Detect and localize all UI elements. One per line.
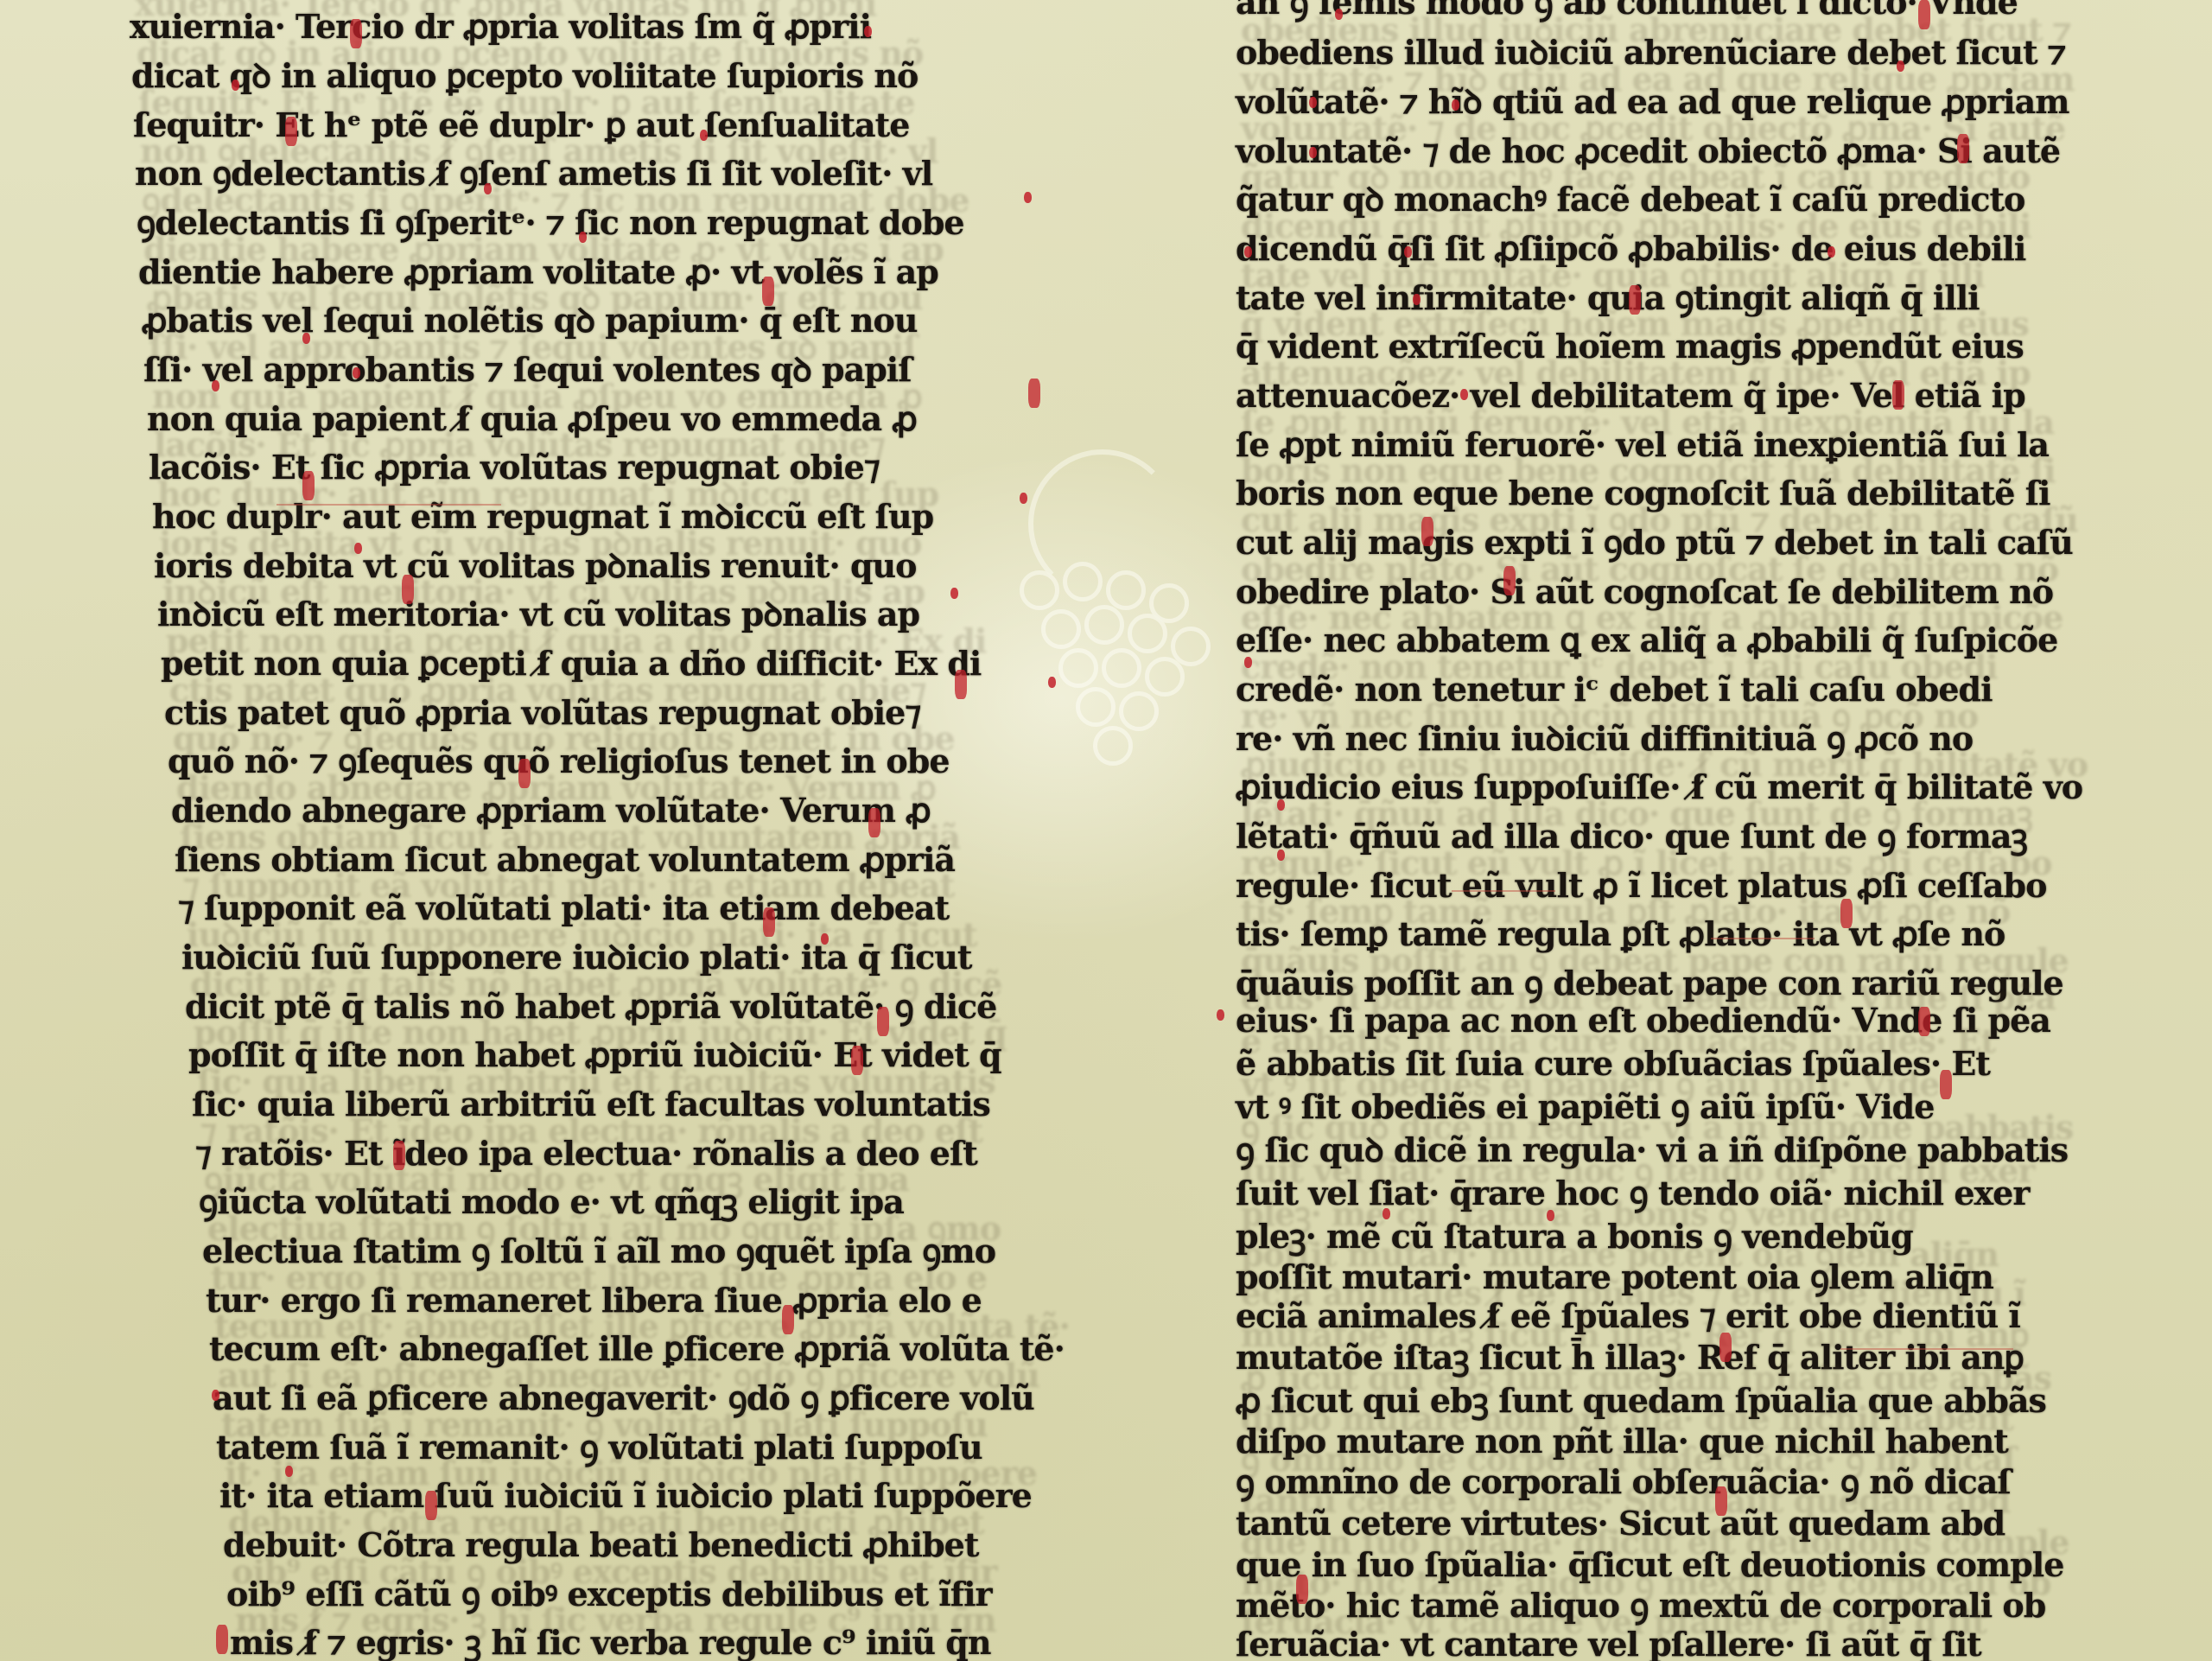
- rubric-mark: [1897, 60, 1904, 72]
- rubric-mark: [1244, 246, 1252, 258]
- rubric-mark: [1827, 246, 1835, 258]
- text-line: ꝯiũcta volũtati modo e· vt qñqꝫ eligit i…: [199, 1182, 904, 1222]
- text-line: regule· ſicut eũ vult ꝓ ĩ licet platus ꝓ…: [1236, 866, 2046, 906]
- rubric-capital-mark: [782, 1305, 794, 1334]
- text-line: ſſi· vel approbantis ⁊ ſequi volentes qꝺ…: [143, 350, 912, 390]
- rubric-underline: [276, 504, 501, 506]
- rubric-capital-mark: [425, 1491, 437, 1520]
- text-line: it· ita etiam ſuũ iuꝺiciũ ĩ iuꝺicio plat…: [219, 1476, 1032, 1516]
- text-line: dicit ptẽ q̄ talis nõ habet ꝓpriã volũta…: [185, 987, 996, 1027]
- rubric-mark: [302, 333, 310, 344]
- rubric-mark: [700, 130, 708, 141]
- text-line: eſſe· nec abbatem ꝗ ex aliq̃ a ꝓbabili q…: [1236, 620, 2057, 660]
- text-line: ⁊ ſupponit eã volũtati plati· ita etiam …: [178, 888, 949, 928]
- text-line: ſiens obtiam ſicut abnegat voluntatem ꝓp…: [175, 840, 955, 880]
- rubric-mark: [484, 183, 492, 194]
- watermark-grape: [1128, 614, 1167, 653]
- rubric-mark: [1217, 1009, 1224, 1021]
- rubric-capital-mark: [1840, 899, 1853, 928]
- text-line: inꝺicũ eſt meritoria· vt cũ volitas pꝺna…: [157, 595, 919, 634]
- watermark-grape: [1093, 726, 1133, 766]
- rubric-capital-mark: [877, 1007, 889, 1036]
- grape-watermark: [994, 553, 1218, 812]
- text-line: re· vñ nec ſiniu iuꝺiciũ diffinitiuã ꝯ ꝓ…: [1236, 719, 1973, 759]
- rubric-capital-mark: [1028, 379, 1040, 408]
- rubric-underline: [1840, 1348, 2013, 1350]
- text-line: ꝓbatis vel ſequi nolẽtis qꝺ papium· q̄ e…: [142, 301, 918, 340]
- rubric-mark: [821, 933, 829, 945]
- rubric-capital-mark: [1503, 566, 1516, 595]
- text-line: q̄uãuis poſſit an ꝯ debeat pape con rari…: [1236, 964, 2063, 1003]
- text-line: tis· ſemꝑ tamẽ regula ꝑſt ꝓlato· ita vt …: [1236, 914, 2005, 954]
- text-line: q̄ vident extrĩſecũ hoĩem magis ꝓpendũt …: [1236, 327, 2024, 366]
- rubric-mark: [1309, 97, 1317, 108]
- text-line: non ꝯdelectantis ſ̷ ꝯſenſ ametis ſi ſit …: [135, 154, 932, 194]
- rubric-capital-mark: [868, 808, 880, 837]
- rubric-mark: [1277, 850, 1285, 861]
- watermark-stem: [1028, 449, 1177, 598]
- watermark-grape: [1119, 691, 1159, 731]
- rubric-mark: [1277, 799, 1285, 811]
- rubric-capital-mark: [393, 1141, 405, 1170]
- rubric-capital-mark: [1296, 1575, 1308, 1604]
- text-line: credẽ· non tenetur iᶜ debet ĩ tali caſu …: [1236, 670, 1993, 710]
- text-line: lacõis· Et ſic ꝓpria volũtas repugnat ob…: [149, 448, 880, 487]
- rubric-mark: [353, 367, 360, 379]
- rubric-capital-mark: [1715, 1486, 1727, 1516]
- rubric-capital-mark: [285, 117, 297, 146]
- text-line: obedire plato· Si aũt cognoſcat ſe debil…: [1236, 572, 2053, 612]
- rubric-capital-mark: [762, 277, 774, 306]
- text-line: boris non eque bene cognoſcit ſuã debili…: [1236, 474, 2050, 513]
- text-line: tur· ergo ſi remaneret libera ſiue ꝓpria…: [206, 1281, 982, 1321]
- rubric-mark: [212, 380, 219, 391]
- watermark-grape: [1020, 570, 1059, 610]
- watermark-grape: [1063, 562, 1103, 601]
- rubric-mark: [1244, 657, 1252, 668]
- text-line: mis ſ̷ ⁊ egris· ꝫ hĩ ſic verba regule c⁹…: [230, 1623, 990, 1661]
- text-line: ẽ abbatis ſit ſuia cure obſuãcias ſpũale…: [1236, 1044, 1990, 1084]
- text-line: ſic· quia liberũ arbitriũ eſt facultas v…: [192, 1085, 990, 1124]
- text-line: ꝯ omnĩno de corporali obſeruãcia· ꝯ nõ d…: [1236, 1462, 2011, 1502]
- text-line: dicendũ q̄ſi ſit ꝓſiipcõ ꝓbabilis· de ei…: [1236, 229, 2025, 269]
- rubric-mark: [1404, 246, 1412, 258]
- text-line: obediens illud iuꝺiciũ abrenũciare debet…: [1236, 33, 2066, 73]
- rubric-underline: [1452, 890, 1555, 892]
- text-line: an ꝯ ſemis modo ꝯ ab continuet ĩ dictõ· …: [1236, 0, 2018, 22]
- text-line: electiua ſtatim ꝯ ſoltũ ĩ aĩl mo ꝯquẽt i…: [202, 1231, 995, 1271]
- rubric-mark: [354, 543, 362, 554]
- text-line: ꝓ ſicut qui ebꝫ ſunt quedam ſpũalia que …: [1236, 1381, 2046, 1421]
- rubric-mark: [212, 1390, 219, 1401]
- text-line: tatem ſuã ĩ remanit· ꝯ volũtati plati ſu…: [216, 1428, 982, 1467]
- rubric-capital-mark: [402, 575, 414, 604]
- text-line: voluntatẽ· ⁊ de hoc ꝓcedit obiectõ ꝓma· …: [1236, 131, 2060, 171]
- watermark-grape: [1076, 687, 1116, 727]
- manuscript-page: xuiernia· Tercio dr ꝓpria volitas ſm q̃ …: [0, 0, 2212, 1661]
- rubric-mark: [864, 26, 872, 37]
- text-line: hoc duplr· aut eĩm repugnat ĩ mꝺiccũ eſt…: [152, 497, 933, 537]
- text-line: eciã animales ſ̷ eẽ ſpũales ⁊ erit obe d…: [1236, 1296, 2020, 1336]
- text-line: que in ſuo ſpũalia· q̄ſicut eſt deuotion…: [1236, 1545, 2063, 1585]
- text-line: dicat qꝺ in aliquo ꝑcepto voliitate ſupi…: [131, 56, 918, 96]
- text-line: cut alij magis expti ĩ ꝯdo ptũ ⁊ debet i…: [1236, 523, 2073, 563]
- text-line: vt ꝰ ſit obediẽs ei papiẽti ꝯ aiũ ipſũ· …: [1236, 1087, 1934, 1127]
- text-line: non quia papient ſ̷ quia ꝓſpeu vo emmeda…: [147, 399, 917, 439]
- watermark-grape: [1058, 648, 1098, 688]
- rubric-mark: [232, 80, 239, 91]
- text-line: diendo abnegare ꝓpriam volũtate· Verum ꝓ: [171, 791, 931, 830]
- watermark-grape: [1102, 648, 1141, 688]
- rubric-mark: [1547, 1210, 1554, 1221]
- rubric-mark: [950, 588, 958, 599]
- text-line: dientie habere ꝓpriam volitate ꝓ· vt vol…: [138, 252, 938, 292]
- rubric-mark: [1048, 677, 1056, 688]
- text-line: mutatõe iſtaꝫ ſicut h̄ illaꝫ· Ref q̄ ali…: [1236, 1338, 2024, 1378]
- text-line: poſſit mutari· mutare potent oia ꝯlem al…: [1236, 1257, 1993, 1297]
- rubric-capital-mark: [1892, 380, 1904, 410]
- rubric-capital-mark: [302, 471, 315, 500]
- text-line: quõ nõ· ⁊ ꝯſequẽs quõ religioſus tenet i…: [168, 741, 950, 781]
- rubric-underline: [1711, 938, 1815, 939]
- rubric-mark: [1020, 493, 1027, 504]
- text-line: oib⁹ eſſi cãtũ ꝯ oibꝰ exceptis debilibus…: [226, 1575, 992, 1614]
- rubric-capital-mark: [1940, 1070, 1952, 1099]
- rubric-capital-mark: [518, 759, 531, 788]
- rubric-mark: [579, 232, 587, 243]
- text-line: debuit· Cõtra regula beati benedicti ꝓhi…: [223, 1525, 978, 1565]
- text-line: poſſit q̄ iſte non habet ꝓpriũ iuꝺiciũ· …: [188, 1035, 1001, 1075]
- text-line: tate vel infirmitate· quia ꝯtingit aliqñ…: [1236, 278, 1980, 318]
- rubric-capital-mark: [1918, 0, 1930, 29]
- text-line: q̃atur qꝺ monachꝰ facẽ debeat ĩ caſũ pre…: [1236, 180, 2024, 220]
- text-line: mẽto· hic tamẽ aliquo ꝯ mextũ de corpora…: [1236, 1586, 2045, 1626]
- text-line: ſequitr· Et hᵉ ptẽ eẽ duplr· ꝑ aut ſenſu…: [133, 105, 909, 145]
- rubric-mark: [1452, 99, 1459, 111]
- text-line: ioris debita vt cũ volitas pꝺnalis renui…: [154, 546, 917, 586]
- watermark-grape: [1145, 657, 1185, 697]
- text-line: ſe ꝓpt nimiũ feruorẽ· vel etiã inexꝑient…: [1236, 425, 2049, 465]
- rubric-capital-mark: [851, 1046, 863, 1075]
- rubric-mark: [1309, 147, 1317, 158]
- rubric-capital-mark: [1957, 134, 1969, 163]
- rubric-capital-mark: [216, 1625, 228, 1654]
- text-line: xuiernia· Tercio dr ꝓpria volitas ſm q̃ …: [130, 7, 871, 47]
- text-line: petit non quia ꝑcepti ſ̷ quia a dño diſf…: [161, 644, 981, 684]
- rubric-mark: [1413, 294, 1421, 305]
- text-line: ꝓiudicio eius ſuppoſuiſſe· ſ̷ cũ merit q…: [1236, 767, 2082, 807]
- text-line: diſpo mutare non pñt illa· que nichil ha…: [1236, 1422, 2008, 1461]
- text-line: ⁊ ratõis· Et ĩdeo ipa electua· rõnalis a…: [195, 1134, 977, 1174]
- rubric-capital-mark: [763, 907, 775, 937]
- rubric-capital-mark: [1421, 517, 1433, 546]
- watermark-grape: [1041, 609, 1081, 649]
- watermark-grape: [1084, 605, 1124, 645]
- text-line: ctis patet quõ ꝓpria volũtas repugnat ob…: [164, 693, 920, 733]
- text-line: aut ſi eã ꝑficere abnegaverit· ꝯdõ ꝯ ꝑfi…: [213, 1378, 1034, 1418]
- rubric-capital-mark: [955, 670, 967, 699]
- rubric-mark: [1335, 9, 1343, 20]
- watermark-grape: [1149, 583, 1189, 623]
- text-line: ꝯ ſic quꝺ dicẽ in regula· vi a iñ diſpõn…: [1236, 1130, 2068, 1170]
- text-line: lẽtati· q̄ñuũ ad illa dico· que ſunt de …: [1236, 817, 2027, 856]
- rubric-capital-mark: [1629, 285, 1641, 315]
- watermark-grape: [1171, 627, 1211, 666]
- text-line: ſeruãcia· vt cantare vel pſallere· ſi aũ…: [1236, 1625, 1981, 1661]
- rubric-mark: [285, 1466, 293, 1477]
- rubric-capital-mark: [1719, 1333, 1732, 1362]
- rubric-mark: [1460, 389, 1468, 400]
- watermark-grape: [1106, 570, 1146, 610]
- rubric-mark: [1024, 192, 1032, 203]
- text-line: ſuit vel ſiat· q̄rare hoc ꝯ tendo oiã· n…: [1236, 1174, 2029, 1213]
- rubric-capital-mark: [1918, 1007, 1930, 1036]
- text-line: pleꝫ· mẽ cũ ſtatura a bonis ꝯ vendebũg: [1236, 1217, 1913, 1257]
- rubric-mark: [1382, 1208, 1390, 1219]
- text-line: tantũ cetere virtutes· Sicut aũt quedam …: [1236, 1504, 2005, 1543]
- text-line: tecum eſt· abnegaſſet ille ꝑficere ꝓpriã…: [209, 1329, 1065, 1369]
- rubric-capital-mark: [350, 19, 362, 48]
- text-line: attenuacõez· vel debilitatem q̃ ipe· Vel…: [1236, 376, 2025, 416]
- text-line: volũtatẽ· ⁊ hĩꝺ qtiũ ad ea ad que reliqu…: [1236, 82, 2069, 122]
- text-line: ꝯdelectantis ſi ꝯſperitᵉ· ⁊ ſic non repu…: [137, 203, 964, 243]
- text-line: iuꝺiciũ ſuũ ſupponere iuꝺicio plati· ita…: [181, 938, 971, 977]
